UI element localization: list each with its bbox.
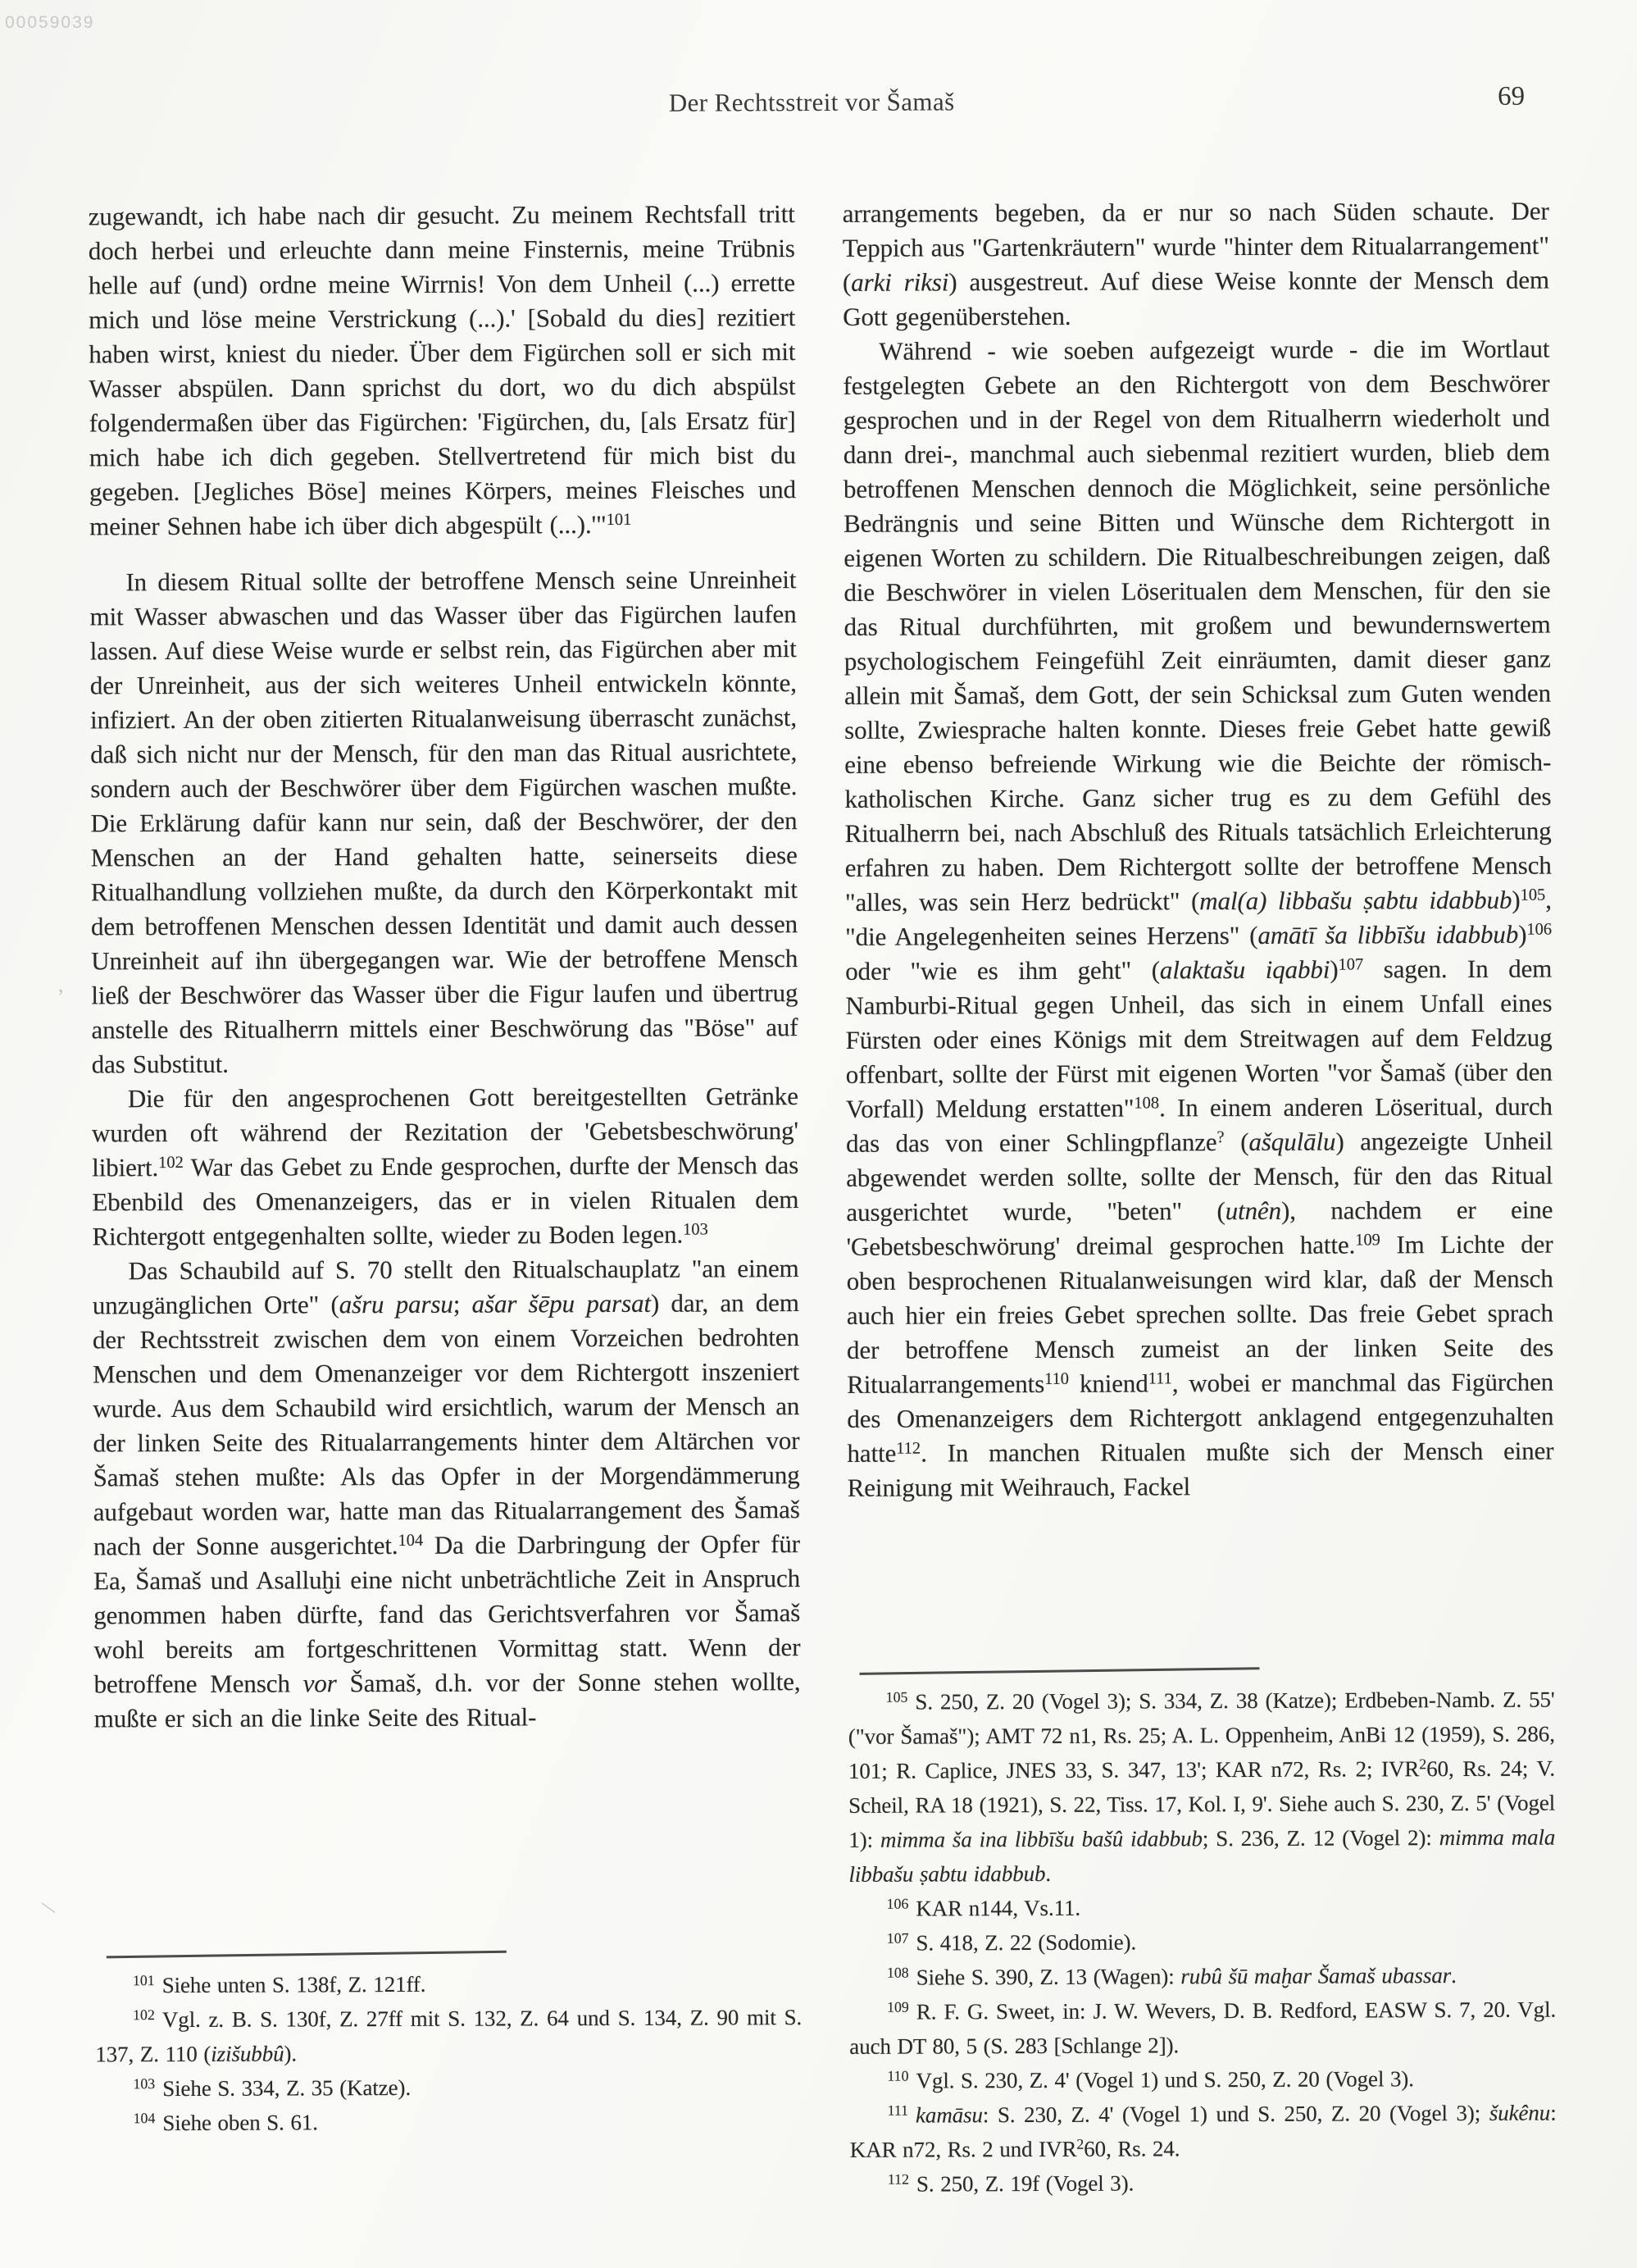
paragraph: In diesem Ritual sollte der betroffene M… <box>89 562 798 1082</box>
paragraph: Das Schaubild auf S. 70 stellt den Ritua… <box>93 1251 801 1736</box>
paragraph: Die für den angesprochenen Gott bereitge… <box>92 1079 799 1254</box>
paragraph: Während - wie soeben aufgezeigt wurde - … <box>843 332 1553 1505</box>
footnote-ref: 103 <box>683 1221 708 1239</box>
paragraph: arrangements begeben, da er nur so nach … <box>843 194 1550 335</box>
italic-term: rubû šū maḫar Šamaš ubassar <box>1180 1963 1451 1988</box>
footnote-number: 111 <box>888 2102 908 2119</box>
footnote-number: 102 <box>133 2007 155 2024</box>
italic-term: kamāsu <box>916 2102 983 2127</box>
italic-term: arki riksi <box>851 267 948 296</box>
footnote-number: 110 <box>887 2068 908 2084</box>
footnote-number: 101 <box>133 1973 155 1989</box>
footnote-separator-rule <box>107 1951 507 1959</box>
footnote-ref: 2 <box>1419 1756 1426 1773</box>
footnote: 103Siehe S. 334, Z. 35 (Katze). <box>95 2069 802 2106</box>
footnote: 108Siehe S. 390, Z. 13 (Wagen): rubû šū … <box>849 1958 1556 1995</box>
footnote: 104Siehe oben S. 61. <box>96 2103 803 2140</box>
scan-artifact: ‚ <box>57 972 64 999</box>
footnote-number: 107 <box>887 1930 909 1947</box>
footnote-separator-rule <box>860 1667 1260 1675</box>
footnote: 102Vgl. z. B. S. 130f, Z. 27ff mit S. 13… <box>95 2000 802 2071</box>
italic-term: ašar šēpu parsat <box>472 1289 651 1318</box>
italic-term: mal(a) libbašu ṣabtu idabbub <box>1199 886 1512 915</box>
footnote: 112S. 250, Z. 19f (Vogel 3). <box>850 2165 1557 2202</box>
footnote-ref: 101 <box>607 511 632 529</box>
footnote-number: 103 <box>133 2076 155 2093</box>
running-header-title: Der Rechtsstreit vor Šamaš <box>78 85 1545 121</box>
footnote-ref: 112 <box>896 1440 921 1458</box>
footnote: 110Vgl. S. 230, Z. 4' (Vogel 1) und S. 2… <box>849 2061 1556 2098</box>
footnote-ref: 109 <box>1355 1232 1380 1250</box>
page-content: Der Rechtsstreit vor Šamaš 69 zugewandt,… <box>0 0 1637 2268</box>
italic-term: ašru parsu <box>339 1290 453 1319</box>
footnote-ref: 111 <box>1148 1370 1172 1388</box>
italic-term: alaktašu iqabbi <box>1160 955 1330 985</box>
footnote: 106KAR n144, Vs.11. <box>849 1889 1556 1926</box>
footnote-number: 106 <box>887 1896 909 1912</box>
right-footnote-block: 105S. 250, Z. 20 (Vogel 3); S. 334, Z. 3… <box>848 1670 1557 2202</box>
italic-term: izišubbû <box>211 2042 284 2066</box>
paragraph: zugewandt, ich habe nach dir gesucht. Zu… <box>89 197 797 544</box>
footnote-ref: 107 <box>1338 956 1363 974</box>
footnote-number: 105 <box>886 1689 908 1706</box>
footnote: 101Siehe unten S. 138f, Z. 121ff. <box>95 1965 802 2002</box>
left-footnotes: 101Siehe unten S. 138f, Z. 121ff.102Vgl.… <box>95 1965 803 2140</box>
footnote-ref: 104 <box>398 1532 423 1550</box>
italic-term: vor <box>303 1669 337 1697</box>
page-number: 69 <box>1498 82 1525 112</box>
italic-term: amātī ša libbīšu idabbub <box>1257 920 1518 950</box>
footnote-ref: 108 <box>1134 1095 1159 1113</box>
footnote-ref: ? <box>1216 1128 1224 1146</box>
italic-term: ašqulālu <box>1248 1127 1335 1156</box>
left-column: zugewandt, ich habe nach dir gesucht. Zu… <box>89 197 801 1736</box>
footnote-ref: 2 <box>1076 2136 1084 2152</box>
right-column: arrangements begeben, da er nur so nach … <box>843 194 1554 1505</box>
left-footnote-block: 101Siehe unten S. 138f, Z. 121ff.102Vgl.… <box>95 1953 803 2140</box>
footnote-ref: 105 <box>1521 886 1546 904</box>
italic-term: mimma ša ina libbīšu bašû idabbub <box>880 1826 1203 1852</box>
footnote: 109R. F. G. Sweet, in: J. W. Wevers, D. … <box>849 1992 1556 2064</box>
footnote: 107S. 418, Z. 22 (Sodomie). <box>849 1924 1556 1961</box>
scan-artifact: \ <box>39 1896 59 1921</box>
footnote-ref: 102 <box>158 1154 184 1172</box>
footnote: 111kamāsu: S. 230, Z. 4' (Vogel 1) und S… <box>850 2096 1557 2167</box>
footnote-number: 109 <box>887 1999 909 2015</box>
footnote-number: 104 <box>134 2111 156 2127</box>
footnote-number: 108 <box>887 1965 909 1981</box>
footnote: 105S. 250, Z. 20 (Vogel 3); S. 334, Z. 3… <box>848 1683 1556 1892</box>
italic-term: šukênu <box>1489 2101 1551 2125</box>
footnote-ref: 106 <box>1526 921 1552 939</box>
italic-term: utnên <box>1225 1196 1282 1225</box>
footnote-number: 112 <box>888 2171 909 2188</box>
footnote-ref: 110 <box>1044 1370 1069 1388</box>
right-footnotes: 105S. 250, Z. 20 (Vogel 3); S. 334, Z. 3… <box>848 1683 1557 2202</box>
scanned-book-page: 00059039 Der Rechtsstreit vor Šamaš 69 z… <box>0 0 1637 2268</box>
